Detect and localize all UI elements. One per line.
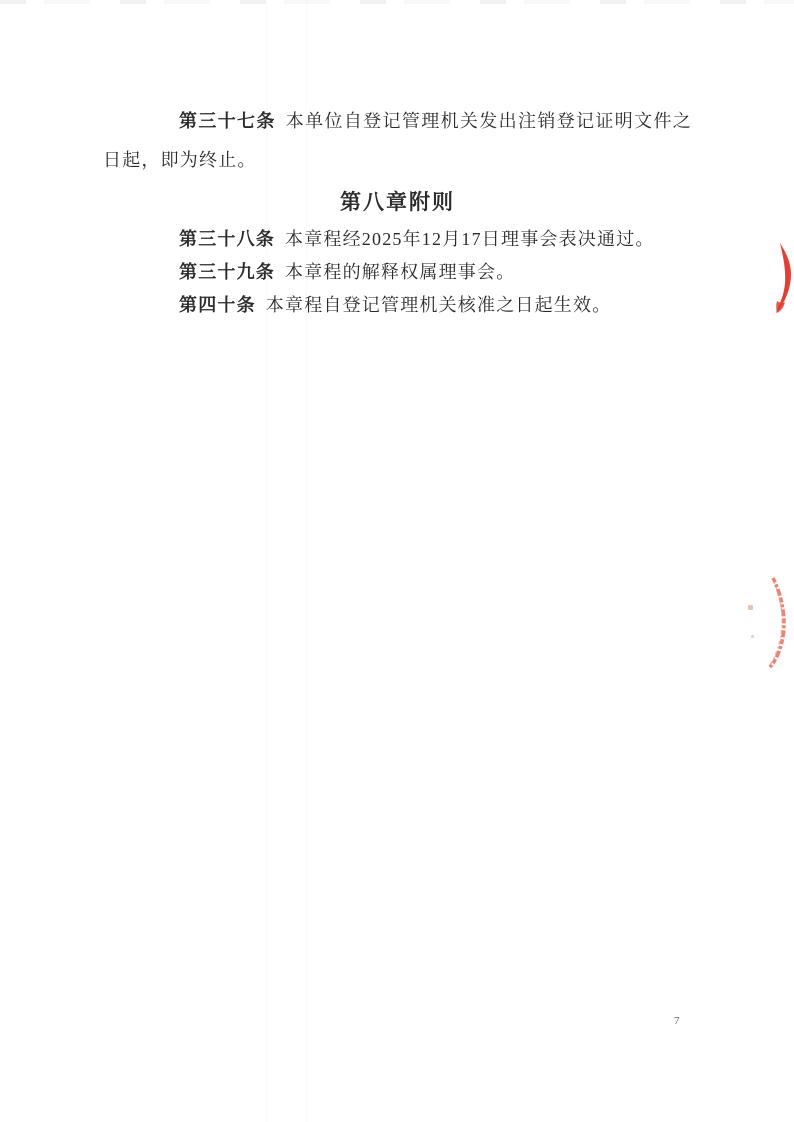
seal-ink-speck [748,605,753,610]
article-37-number: 第三十七条 [179,111,276,131]
seal-ink-speck [751,635,754,638]
scan-artifact-top-edge [0,0,794,4]
article-39-number: 第三十九条 [179,262,275,282]
document-page: 第三十七条本单位自登记管理机关发出注销登记证明文件之日起，即为终止。 第八章附则… [0,0,794,1122]
article-38-text: 本章程经2025年12月17日理事会表决通过。 [285,229,655,249]
article-40-number: 第四十条 [179,295,256,315]
article-40-text: 本章程自登记管理机关核准之日起生效。 [266,295,612,315]
articles-block: 第三十八条本章程经2025年12月17日理事会表决通过。 第三十九条本章程的解释… [103,223,723,322]
article-40-line: 第四十条本章程自登记管理机关核准之日起生效。 [103,289,723,322]
article-39-text: 本章程的解释权属理事会。 [285,262,515,282]
chapter-8-heading: 第八章附则 [103,186,692,218]
article-37-paragraph: 第三十七条本单位自登记管理机关发出注销登记证明文件之日起，即为终止。 [103,102,692,180]
seal-stamp-fragment-lower [762,572,790,672]
article-38-line: 第三十八条本章程经2025年12月17日理事会表决通过。 [103,223,723,256]
article-39-line: 第三十九条本章程的解释权属理事会。 [103,256,723,289]
seal-stamp-fragment-upper [774,241,794,317]
article-38-number: 第三十八条 [179,229,275,249]
page-number: 7 [674,1015,680,1027]
